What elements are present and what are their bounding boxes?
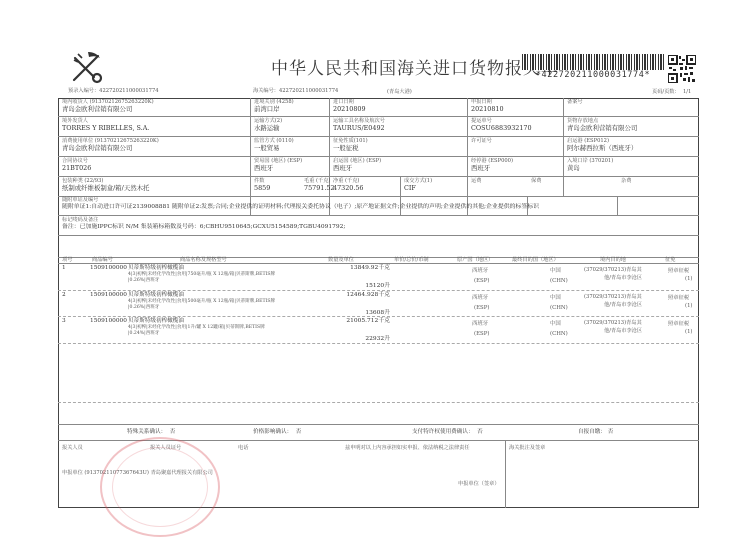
item-dest-country: 中国 [550, 295, 561, 301]
item-qty-weight: 13849.92千克 [328, 265, 390, 272]
bill-no-field: 提运单号COSU6883932170 [471, 119, 532, 132]
col-code: 商品编号 [92, 258, 113, 264]
col-levy: 征免 [665, 258, 675, 264]
transit-port-field: 经停港 (ESP000)西班牙 [471, 159, 513, 172]
col-dest-country: 最终目的国（地区） [512, 258, 559, 264]
declarant-label: 报关人员 [62, 446, 83, 452]
trade-terms-field: 成交方式(1)CIF [404, 179, 432, 192]
item-dest-place: (37029/370213)青岛其 [584, 321, 642, 327]
consignee-field: 境内收货人 (91370212675263220K)青岛金欧利营销有限公司 [62, 100, 154, 113]
self-report-confirm: 自报自缴： 否 [578, 429, 613, 435]
item-code: 1509100000 [90, 318, 127, 325]
item-spec: 4|3|初榨|未经化学改性|食用|1升/罐 X 12罐/箱|贝蒂斯牌,BETIS… [128, 325, 265, 330]
misc-fee-field: 杂费 [621, 179, 631, 185]
company-seal-inner [112, 447, 208, 527]
declare-date-field: 申报日期20210810 [471, 100, 504, 113]
item-qty-weight: 12464.928千克 [328, 292, 390, 299]
storage-field: 货物存放地点青岛金欧利营销有限公司 [567, 119, 637, 132]
item-spec-2: |0.26%|西班牙 [128, 278, 159, 283]
item-dest-place-2: 他/青岛市李沧区 [604, 329, 642, 335]
item-dest-place-2: 他/青岛市李沧区 [604, 276, 642, 282]
phone-label: 电话 [238, 446, 248, 452]
qr-code-icon [668, 55, 696, 83]
item-origin-code: (ESP) [474, 331, 489, 337]
remarks-field: 标记唛码及备注备注：已加施IPPC标识 N/M 集装箱标箱数及号码：6;CBHU… [62, 218, 345, 231]
item-dest-country: 中国 [550, 268, 561, 274]
item-origin-code: (ESP) [474, 278, 489, 284]
item-qty-volume: 13608升 [328, 310, 390, 317]
item-levy: 照章征税 [668, 268, 689, 274]
item-dest-country-code: (CHN) [550, 305, 568, 311]
item-qty-volume: 22932升 [328, 336, 390, 343]
item-levy-code: (1) [685, 303, 693, 309]
special-relation-confirm: 特殊关系确认： 否 [127, 429, 175, 435]
item-spec-2: |0.26%|西班牙 [128, 305, 159, 310]
item-code: 1509100000 [90, 292, 127, 299]
statement-text: 兹申明对以上内容承担如实申报、依法纳税之法律责任 [345, 446, 470, 452]
barcode-text: *422720211000031774* [522, 70, 664, 80]
item-dest-place: (37029/370213)青岛其 [584, 268, 642, 274]
col-origin: 原产国（地区） [457, 258, 493, 264]
item-origin: 西班牙 [472, 321, 488, 327]
entry-port-field: 入境口岸 (370201)黄岛 [567, 159, 613, 172]
shipper-field: 境外发货人TORRES Y RIBELLES, S.A. [62, 119, 149, 132]
price-effect-confirm: 价格影响确认： 否 [253, 429, 301, 435]
customs-office: (青岛大港) [387, 90, 412, 96]
item-origin-code: (ESP) [474, 305, 489, 311]
item-dest-country-code: (CHN) [550, 331, 568, 337]
customs-remarks-label: 海关批注及签章 [509, 446, 545, 452]
freight-field: 运费 [471, 179, 481, 185]
vessel-field: 运输工具名称及航次号TAURUS/E0492 [333, 119, 385, 132]
net-weight-field: 净重 (千克)47320.56 [333, 179, 364, 192]
col-price: 单价/总价/币制 [394, 258, 429, 264]
item-code: 1509100000 [90, 265, 127, 272]
item-spec: 4|3|初榨|未经化学改性|食用|750毫升/瓶 X 12瓶/箱|贝蒂斯牌,BE… [128, 272, 275, 277]
col-dest-place: 境内目的地 [600, 258, 626, 264]
barcode-icon [522, 54, 664, 70]
package-type-field: 包装种类 (22/93)纸制或纤维板制盒/箱/天然木托 [62, 179, 149, 192]
item-dest-country: 中国 [550, 321, 561, 327]
gross-weight-field: 毛重 (千克)75791.52 [304, 179, 335, 192]
item-levy: 照章征税 [668, 321, 689, 327]
item-name: 贝蒂斯特级初榨橄榄油 [128, 292, 184, 298]
item-no: 1 [62, 265, 66, 272]
item-no: 2 [62, 292, 66, 299]
preentry-number: 预录入编号：422720211000031774 [68, 89, 159, 95]
trade-country-field: 贸易国 (地区) (ESP)西班牙 [254, 159, 302, 172]
import-date-field: 进口日期20210809 [333, 100, 366, 113]
item-spec: 4|3|初榨|未经化学改性|食用|500毫升/瓶 X 12瓶/箱|贝蒂斯牌,BE… [128, 299, 275, 304]
item-levy-code: (1) [685, 276, 693, 282]
seal-label: 申报单位（签章） [458, 482, 500, 488]
item-origin: 西班牙 [472, 268, 488, 274]
item-spec-2: |0.24%|西班牙 [128, 331, 159, 336]
item-dest-place: (37029/370213)青岛其 [584, 295, 642, 301]
col-name: 商品名称及规格型号 [180, 258, 227, 264]
record-no-field: 备案号 [567, 100, 583, 106]
consumer-field: 消费使用单位 (91370212675263220K)青岛金欧利营销有限公司 [62, 139, 159, 152]
item-origin: 西班牙 [472, 295, 488, 301]
transport-mode-field: 运输方式(2)水路运输 [254, 119, 282, 132]
origin-country-field: 启运国 (地区) (ESP)西班牙 [333, 159, 381, 172]
page-count: 页码/页数： 1/1 [652, 90, 691, 96]
departure-port-field: 启运港 (ESP012)阿尔赫西拉斯（西班牙） [567, 139, 637, 152]
col-qty: 数量及单位 [328, 258, 354, 264]
customs-number: 海关编号：422720211000031774 [253, 89, 338, 95]
item-name: 贝蒂斯特级初榨橄榄油 [128, 265, 184, 271]
item-levy: 照章征税 [668, 295, 689, 301]
royalty-confirm: 支付特许权使用费确认： 否 [412, 429, 483, 435]
item-no: 3 [62, 318, 66, 325]
customs-emblem-icon [70, 50, 104, 84]
contract-no-field: 合同协议号21BT026 [62, 159, 91, 172]
item-name: 贝蒂斯特级初榨橄榄油 [128, 318, 184, 324]
item-qty-volume: 15120升 [328, 283, 390, 290]
supervision-field: 监管方式 (0110)一般贸易 [254, 139, 294, 152]
documents-field: 随附单证及编号随附单证1:自动进口许可证2139008881 随附单证2:发票;… [62, 198, 539, 211]
item-dest-place-2: 他/青岛市李沧区 [604, 303, 642, 309]
levy-nature-field: 征免性质(101)一般征税 [333, 139, 368, 152]
license-no-field: 许可证号 [471, 139, 492, 145]
entry-customs-field: 进境关别 (4258)前湾口岸 [254, 100, 294, 113]
page-title: 中华人民共和国海关进口货物报关单 [271, 54, 559, 79]
pieces-field: 件数5859 [254, 179, 270, 192]
item-dest-country-code: (CHN) [550, 278, 568, 284]
item-levy-code: (1) [685, 329, 693, 335]
item-qty-weight: 21005.712千克 [328, 318, 390, 325]
col-no: 项号 [62, 258, 72, 264]
insurance-field: 保费 [531, 179, 541, 185]
